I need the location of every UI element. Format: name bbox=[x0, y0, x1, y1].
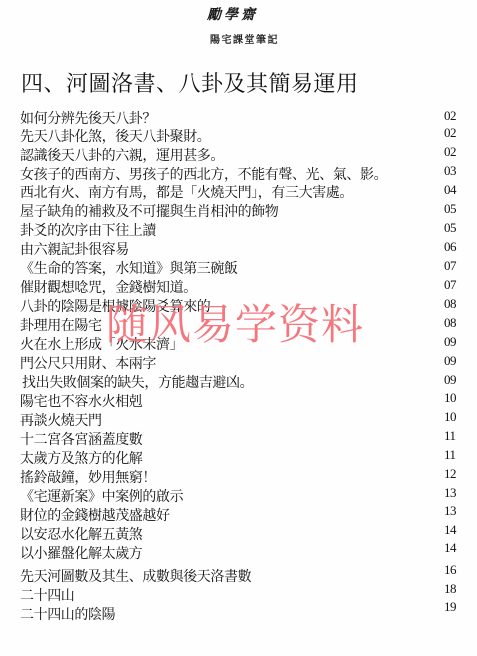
toc-entry: 催財觀想唸咒，金錢樹知道。 07 bbox=[20, 279, 460, 298]
toc-entry-title: 八卦的陰陽是根據陰陽爻算來的 bbox=[20, 298, 210, 316]
toc-entry-page: 06 bbox=[444, 239, 456, 255]
toc-entry-title: 財位的金錢樹越茂盛越好 bbox=[20, 507, 170, 525]
toc-entry-title: 《生命的答案，水知道》與第三碗飯 bbox=[20, 260, 238, 278]
toc-entry-title: 卦理用在陽宅 bbox=[20, 317, 102, 335]
toc-entry-title: 十二宮各宮涵蓋度數 bbox=[20, 431, 142, 449]
document-page: 勵學齋 陽宅課堂筆記 四、河圖洛書、八卦及其簡易運用 如何分辨先後天八卦？ 02… bbox=[0, 0, 477, 656]
toc-entry-page: 16 bbox=[444, 562, 456, 578]
toc-entry-title: 西北有火、南方有馬，都是「火燒天門」，有三大害處。 bbox=[20, 184, 353, 202]
toc-entry-title: 太歲方及煞方的化解 bbox=[20, 450, 142, 468]
toc-entry: 認識後天八卦的六親，運用甚多。 02 bbox=[20, 147, 460, 166]
toc-entry-title: 二十四山的陰陽 bbox=[20, 606, 115, 624]
toc-entry-page: 10 bbox=[444, 390, 456, 406]
toc-entry: 屋子缺角的補救及不可擺與生肖相沖的飾物 05 bbox=[20, 203, 460, 222]
toc-entry-title: 如何分辨先後天八卦？ bbox=[20, 110, 156, 128]
toc-entry-page: 02 bbox=[444, 108, 456, 124]
toc-entry-page: 05 bbox=[444, 201, 456, 217]
toc-entry-page: 11 bbox=[444, 428, 456, 444]
toc-entry: 八卦的陰陽是根據陰陽爻算來的 08 bbox=[20, 298, 460, 317]
toc-entry: 找出失敗個案的缺失，方能趨吉避凶。 09 bbox=[20, 374, 460, 393]
toc-entry: 搖鈴敲鐘，妙用無窮！ 12 bbox=[20, 469, 460, 488]
table-of-contents: 如何分辨先後天八卦？ 02 先天八卦化煞，後天八卦聚財。 02 認識後天八卦的六… bbox=[0, 0, 477, 656]
toc-entry: 二十四山 18 bbox=[20, 587, 460, 606]
toc-entry-page: 10 bbox=[444, 409, 456, 425]
toc-entry-title: 由六親記卦很容易 bbox=[20, 241, 129, 259]
toc-entry-page: 19 bbox=[444, 599, 456, 615]
toc-entry-title: 再談火燒天門 bbox=[20, 412, 102, 430]
toc-entry-title: 以小羅盤化解太歲方 bbox=[20, 545, 142, 563]
toc-entry-page: 02 bbox=[444, 144, 456, 160]
toc-entry: 卦理用在陽宅 08 bbox=[20, 317, 460, 336]
toc-entry: 由六親記卦很容易 06 bbox=[20, 241, 460, 260]
toc-entry-page: 07 bbox=[444, 258, 456, 274]
toc-entry-page: 09 bbox=[444, 353, 456, 369]
toc-entry: 門公尺只用財、本兩字 09 bbox=[20, 355, 460, 374]
toc-entry-title: 火在水上形成「火水未濟」 bbox=[20, 336, 183, 354]
toc-entry-page: 09 bbox=[444, 334, 456, 350]
toc-entry-page: 07 bbox=[444, 277, 456, 293]
toc-entry: 二十四山的陰陽 19 bbox=[20, 606, 460, 625]
toc-entry-title: 先天河圖數及其生、成數與後天洛書數 bbox=[20, 568, 251, 586]
toc-entry-page: 14 bbox=[444, 522, 456, 538]
toc-entry-page: 02 bbox=[444, 125, 456, 141]
toc-entry: 十二宮各宮涵蓋度數 11 bbox=[20, 431, 460, 450]
toc-entry: 如何分辨先後天八卦？ 02 bbox=[20, 110, 460, 129]
toc-entry-page: 12 bbox=[444, 466, 456, 482]
toc-entry: 火在水上形成「火水未濟」 09 bbox=[20, 336, 460, 355]
toc-entry-title: 門公尺只用財、本兩字 bbox=[20, 355, 156, 373]
toc-entry-title: 卦爻的次序由下往上讀 bbox=[20, 222, 156, 240]
toc-entry: 再談火燒天門 10 bbox=[20, 412, 460, 431]
toc-entry-title: 《宅運新案》中案例的啟示 bbox=[20, 488, 183, 506]
toc-entry-page: 11 bbox=[444, 447, 456, 463]
toc-entry-page: 08 bbox=[444, 315, 456, 331]
toc-entry-page: 05 bbox=[444, 220, 456, 236]
toc-entry: 《生命的答案，水知道》與第三碗飯 07 bbox=[20, 260, 460, 279]
toc-entry-title: 屋子缺角的補救及不可擺與生肖相沖的飾物 bbox=[20, 203, 278, 221]
toc-entry: 先天河圖數及其生、成數與後天洛書數 16 bbox=[20, 568, 460, 587]
toc-entry-page: 13 bbox=[444, 485, 456, 501]
toc-entry-page: 13 bbox=[444, 503, 456, 519]
toc-entry-title: 二十四山 bbox=[20, 587, 74, 605]
toc-entry-title: 以安忍水化解五黃煞 bbox=[20, 526, 142, 544]
toc-entry-title: 催財觀想唸咒，金錢樹知道。 bbox=[20, 279, 197, 297]
toc-entry: 陽宅也不容水火相剋 10 bbox=[20, 393, 460, 412]
toc-entry: 先天八卦化煞，後天八卦聚財。 02 bbox=[20, 128, 460, 147]
toc-entry: 以安忍水化解五黃煞 14 bbox=[20, 526, 460, 545]
toc-entry-title: 找出失敗個案的缺失，方能趨吉避凶。 bbox=[22, 374, 253, 392]
toc-entry: 《宅運新案》中案例的啟示 13 bbox=[20, 488, 460, 507]
toc-entry: 女孩子的西南方、男孩子的西北方，不能有聲、光、氣、影。 03 bbox=[20, 166, 460, 185]
toc-entry-title: 先天八卦化煞，後天八卦聚財。 bbox=[20, 128, 210, 146]
toc-entry: 以小羅盤化解太歲方 14 bbox=[20, 545, 460, 564]
toc-entry: 財位的金錢樹越茂盛越好 13 bbox=[20, 507, 460, 526]
toc-entry-page: 14 bbox=[444, 540, 456, 556]
toc-entry-title: 認識後天八卦的六親，運用甚多。 bbox=[20, 147, 224, 165]
toc-entry: 卦爻的次序由下往上讀 05 bbox=[20, 222, 460, 241]
toc-entry: 太歲方及煞方的化解 11 bbox=[20, 450, 460, 469]
toc-entry-page: 09 bbox=[444, 372, 456, 388]
toc-entry-page: 08 bbox=[444, 296, 456, 312]
toc-entry-title: 搖鈴敲鐘，妙用無窮！ bbox=[20, 469, 156, 487]
toc-entry-title: 女孩子的西南方、男孩子的西北方，不能有聲、光、氣、影。 bbox=[20, 166, 387, 184]
toc-entry-page: 18 bbox=[444, 581, 456, 597]
toc-entry-page: 03 bbox=[444, 163, 456, 179]
toc-entry-page: 04 bbox=[444, 182, 456, 198]
toc-entry-title: 陽宅也不容水火相剋 bbox=[20, 393, 142, 411]
toc-entry: 西北有火、南方有馬，都是「火燒天門」，有三大害處。 04 bbox=[20, 184, 460, 203]
